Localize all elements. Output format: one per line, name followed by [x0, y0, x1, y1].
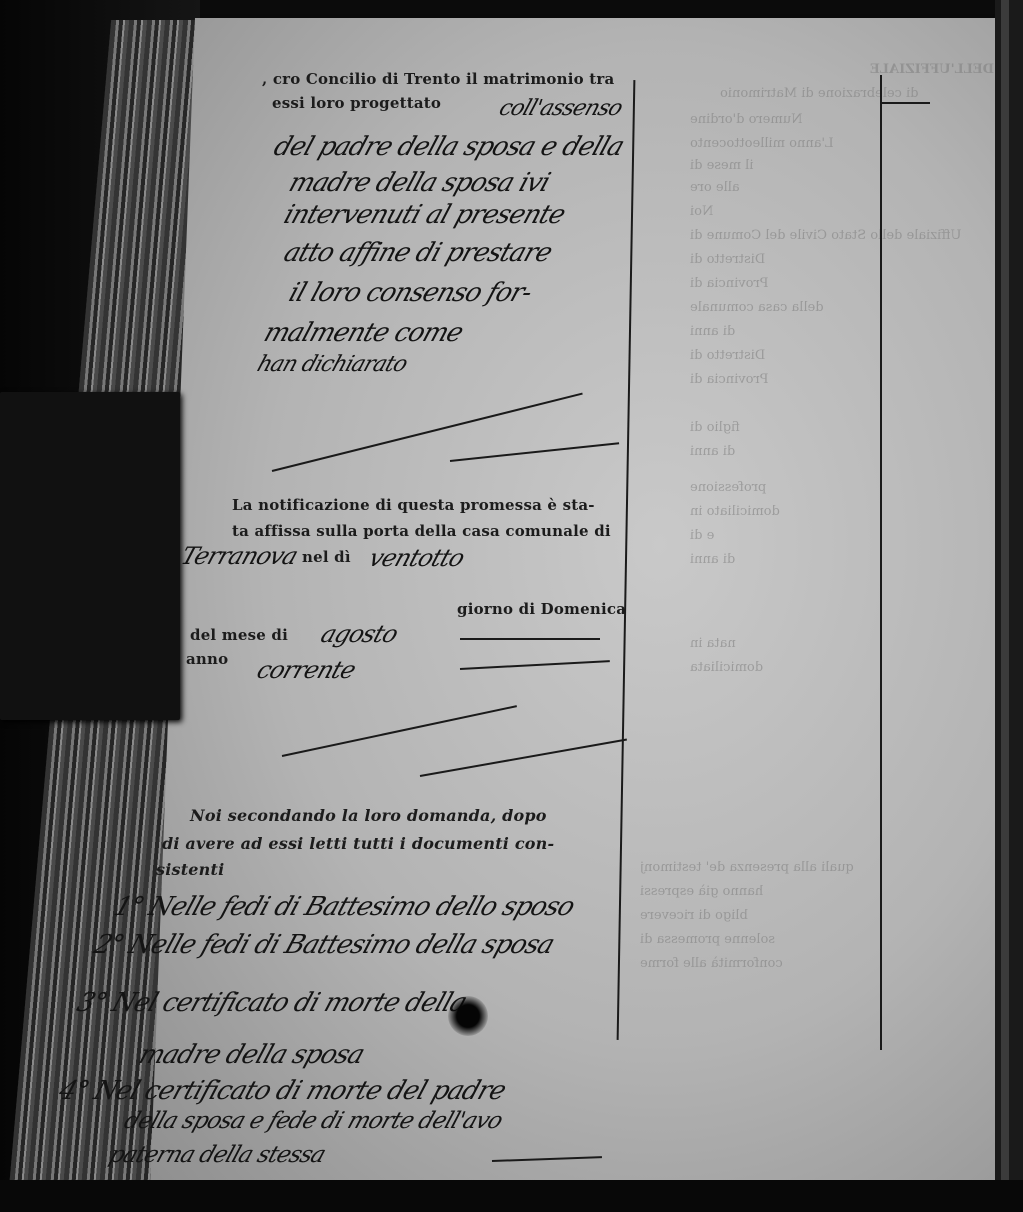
ghost-line: Noi: [690, 204, 713, 219]
handwritten-line: del padre della sposa e della: [270, 132, 627, 162]
ghost-line: il mese di: [690, 158, 753, 173]
adjacent-page-edge: [995, 0, 1023, 1212]
handwritten-place: Terranova: [177, 542, 300, 570]
handwritten-line: han dichiarato: [254, 352, 410, 377]
ghost-sub: di celebrazione di Matrimonio: [720, 86, 919, 101]
ghost-line: conformità alle forme: [640, 956, 783, 971]
printed-line-2: essi loro progettato: [272, 94, 441, 112]
noi-line-2: di avere ad essi letti tutti i documenti…: [162, 834, 554, 853]
handwritten-line: intervenuti al presente: [280, 200, 569, 230]
ghost-line: domiciliata: [690, 660, 763, 675]
ghost-line: alle ore: [690, 180, 740, 195]
ghost-line: Distretto di: [690, 348, 765, 363]
document-item-3: 3° Nel certificato di morte della: [73, 988, 470, 1018]
ghost-line: solenne promessa di: [640, 932, 775, 947]
ghost-line: Uffiziale dello Stato Civile del Comune …: [690, 228, 962, 243]
noi-line-3: sistenti: [156, 860, 224, 879]
header-rule: [880, 102, 930, 104]
document-item-6: della sposa e fede di morte dell'avo: [121, 1108, 506, 1134]
ghost-line: Provincia di: [690, 372, 768, 387]
ghost-line: bligo di ricevere: [640, 908, 748, 923]
binding-tab: [0, 392, 180, 720]
ghost-line: figlio di: [690, 420, 740, 435]
notice-line-1: La notificazione di questa promessa è st…: [232, 496, 595, 514]
handwritten-line: il loro consenso for-: [285, 278, 535, 308]
ghost-line: nata in: [690, 636, 736, 651]
notice-line-3: nel dì: [302, 548, 351, 566]
notice-line-6: anno: [186, 650, 228, 668]
ghost-line: di anni: [690, 552, 735, 567]
document-item-2: 2° Nelle fedi di Battesimo della sposa: [90, 930, 557, 960]
ghost-line: di anni: [690, 444, 735, 459]
handwritten-day: ventotto: [365, 544, 467, 572]
ghost-line: Numero d'ordine: [690, 112, 802, 127]
document-item-5: 4° Nel certificato di morte del padre: [55, 1076, 509, 1106]
ghost-line: e di: [690, 528, 714, 543]
fill-stroke: [460, 638, 600, 640]
printed-line-1: , cro Concilio di Trento il matrimonio t…: [262, 70, 614, 88]
document-item-4: madre della sposa: [135, 1040, 368, 1070]
noi-line-1: Noi secondando la loro domanda, dopo: [190, 806, 547, 825]
notice-line-5: del mese di: [190, 626, 288, 644]
ghost-line: della casa comunale: [690, 300, 824, 315]
document-item-1: 1° Nelle fedi di Battesimo dello sposo: [110, 892, 578, 922]
ghost-line: professione: [690, 480, 766, 495]
handwritten-line: madre della sposa ivi: [285, 168, 553, 198]
ghost-line: Provincia di: [690, 276, 768, 291]
ink-blot: [448, 996, 488, 1036]
handwritten-year: corrente: [253, 656, 358, 684]
handwritten-line: malmente come: [260, 318, 466, 348]
bottom-shadow: [0, 1180, 1023, 1212]
margin-rule-right: [880, 75, 882, 1050]
handwritten-month: agosto: [317, 620, 401, 648]
notice-line-4: giorno di Domenica: [457, 600, 626, 618]
handwritten-line: coll'assenso: [496, 96, 625, 121]
ghost-line: hanno già espressi: [640, 884, 763, 899]
document-item-7: paterna della stessa: [106, 1142, 329, 1168]
ghost-line: domiciliato in: [690, 504, 780, 519]
ghost-line: di anni: [690, 324, 735, 339]
notice-line-2: ta affissa sulla porta della casa comuna…: [232, 522, 611, 540]
ghost-line: L'anno milleottocento: [690, 136, 834, 151]
handwritten-line: atto affine di prestare: [280, 238, 555, 268]
ghost-line: quali alla presenza de' testimonj: [640, 860, 854, 875]
ghost-line: Distretto di: [690, 252, 765, 267]
